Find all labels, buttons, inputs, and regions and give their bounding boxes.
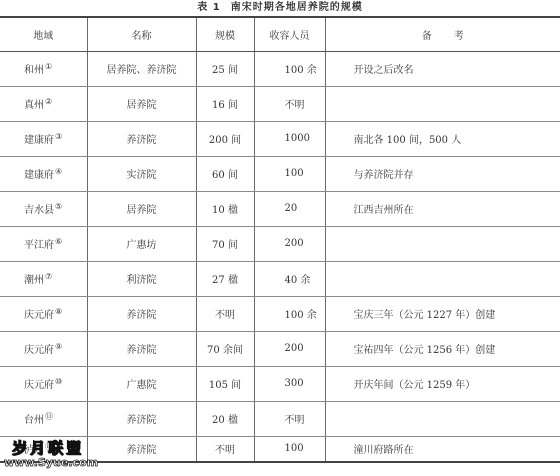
footnote-marker: ⑪ (45, 412, 53, 421)
footnote-marker: ⑩ (55, 377, 62, 386)
cell-name: 居养院、养济院 (87, 51, 196, 86)
cell-name: 利济院 (87, 261, 196, 296)
table-row: 潮州⑦ 利济院 27 楹 40 余 (0, 261, 560, 296)
table-row: 平江府⑥ 广惠坊 70 间 200 (0, 226, 560, 261)
cell-scale: 105 间 (196, 366, 254, 401)
cell-name: 居养院 (87, 86, 196, 121)
footnote-marker: ⑫ (45, 442, 53, 451)
cell-scale: 60 间 (196, 156, 254, 191)
cell-remarks: 宝祐四年（公元 1256 年）创建 (325, 331, 560, 366)
cell-capacity: 300 (254, 366, 325, 401)
footnote-marker: ⑥ (55, 237, 62, 246)
table-row: 庆元府⑧ 养济院 不明 100 余 宝庆三年（公元 1227 年）创建 (0, 296, 560, 331)
cell-remarks: 潼川府路所在 (325, 436, 560, 462)
table-caption: 表 1南宋时期各地居养院的规模 (0, 0, 560, 16)
cell-remarks (325, 261, 560, 296)
cell-capacity: 200 (254, 226, 325, 261)
footnote-marker: ① (45, 62, 52, 71)
header-remarks-char-1: 备 (422, 31, 432, 42)
table-title: 南宋时期各地居养院的规模 (231, 2, 363, 13)
header-capacity: 收容人员 (254, 17, 325, 51)
footnote-marker: ⑧ (55, 307, 62, 316)
header-remarks-char-2: 考 (454, 31, 464, 42)
table-row: 真州② 居养院 16 间 不明 (0, 86, 560, 121)
footnote-marker: ② (45, 97, 52, 106)
table-row: 台州⑪ 养济院 20 楹 不明 (0, 401, 560, 436)
header-scale: 规模 (196, 17, 254, 51)
footnote-marker: ⑦ (45, 272, 52, 281)
header-region: 地域 (0, 17, 87, 51)
cell-capacity: 不明 (254, 86, 325, 121)
welfare-institutions-table: 地域 名称 规模 收容人员 备考 和州① 居养院、养济院 25 间 100 余 … (0, 16, 560, 463)
cell-region: 建康府③ (0, 121, 87, 156)
cell-name: 养济院 (87, 401, 196, 436)
table-row: 庆元府⑩ 广惠院 105 间 300 开庆年间（公元 1259 年） (0, 366, 560, 401)
table-header-row: 地域 名称 规模 收容人员 备考 (0, 17, 560, 51)
table-row: 吉水县⑤ 居养院 10 楹 20 江西吉州所在 (0, 191, 560, 226)
footnote-marker: ③ (55, 132, 62, 141)
cell-scale: 27 楹 (196, 261, 254, 296)
cell-remarks: 与养济院并存 (325, 156, 560, 191)
table-row: 庆元府⑨ 养济院 70 余间 200 宝祐四年（公元 1256 年）创建 (0, 331, 560, 366)
cell-capacity: 20 (254, 191, 325, 226)
cell-name: 养济院 (87, 436, 196, 462)
cell-name: 实济院 (87, 156, 196, 191)
cell-region: 吉水县⑤ (0, 191, 87, 226)
cell-region: 建康府④ (0, 156, 87, 191)
cell-capacity: 100 (254, 156, 325, 191)
cell-scale: 16 间 (196, 86, 254, 121)
cell-remarks: 南北各 100 间，500 人 (325, 121, 560, 156)
cell-remarks: 江西吉州所在 (325, 191, 560, 226)
cell-remarks (325, 86, 560, 121)
table-row: 和州① 居养院、养济院 25 间 100 余 开设之后改名 (0, 51, 560, 86)
cell-scale: 20 楹 (196, 401, 254, 436)
cell-name: 养济院 (87, 296, 196, 331)
cell-region: 庆元府⑩ (0, 366, 87, 401)
cell-region: 和州① (0, 51, 87, 86)
cell-name: 养济院 (87, 121, 196, 156)
cell-remarks: 宝庆三年（公元 1227 年）创建 (325, 296, 560, 331)
table-row: 建康府④ 实济院 60 间 100 与养济院并存 (0, 156, 560, 191)
cell-scale: 70 间 (196, 226, 254, 261)
cell-scale: 10 楹 (196, 191, 254, 226)
cell-capacity: 100 余 (254, 296, 325, 331)
cell-name: 广惠坊 (87, 226, 196, 261)
cell-remarks (325, 226, 560, 261)
header-name: 名称 (87, 17, 196, 51)
footnote-marker: ⑨ (55, 342, 62, 351)
cell-region: 台州⑪ (0, 401, 87, 436)
cell-name: 养济院 (87, 331, 196, 366)
cell-region: 庆元府⑧ (0, 296, 87, 331)
cell-remarks (325, 401, 560, 436)
cell-scale: 200 间 (196, 121, 254, 156)
cell-remarks: 开庆年间（公元 1259 年） (325, 366, 560, 401)
cell-region: 真州② (0, 86, 87, 121)
cell-capacity: 不明 (254, 401, 325, 436)
cell-region: 平江府⑥ (0, 226, 87, 261)
table-row: 建康府③ 养济院 200 间 1000 南北各 100 间，500 人 (0, 121, 560, 156)
cell-remarks: 开设之后改名 (325, 51, 560, 86)
table-row: 泸州⑫ 养济院 不明 100 潼川府路所在 (0, 436, 560, 462)
cell-region: 潮州⑦ (0, 261, 87, 296)
cell-capacity: 1000 (254, 121, 325, 156)
cell-scale: 不明 (196, 296, 254, 331)
cell-capacity: 200 (254, 331, 325, 366)
footnote-marker: ④ (55, 167, 62, 176)
cell-scale: 25 间 (196, 51, 254, 86)
footnote-marker: ⑤ (55, 202, 62, 211)
cell-region: 庆元府⑨ (0, 331, 87, 366)
cell-capacity: 100 余 (254, 51, 325, 86)
cell-name: 广惠院 (87, 366, 196, 401)
cell-scale: 70 余间 (196, 331, 254, 366)
cell-scale: 不明 (196, 436, 254, 462)
cell-region: 泸州⑫ (0, 436, 87, 462)
cell-capacity: 100 (254, 436, 325, 462)
cell-name: 居养院 (87, 191, 196, 226)
cell-capacity: 40 余 (254, 261, 325, 296)
table-number: 表 1 (197, 2, 220, 13)
header-remarks: 备考 (325, 17, 560, 51)
